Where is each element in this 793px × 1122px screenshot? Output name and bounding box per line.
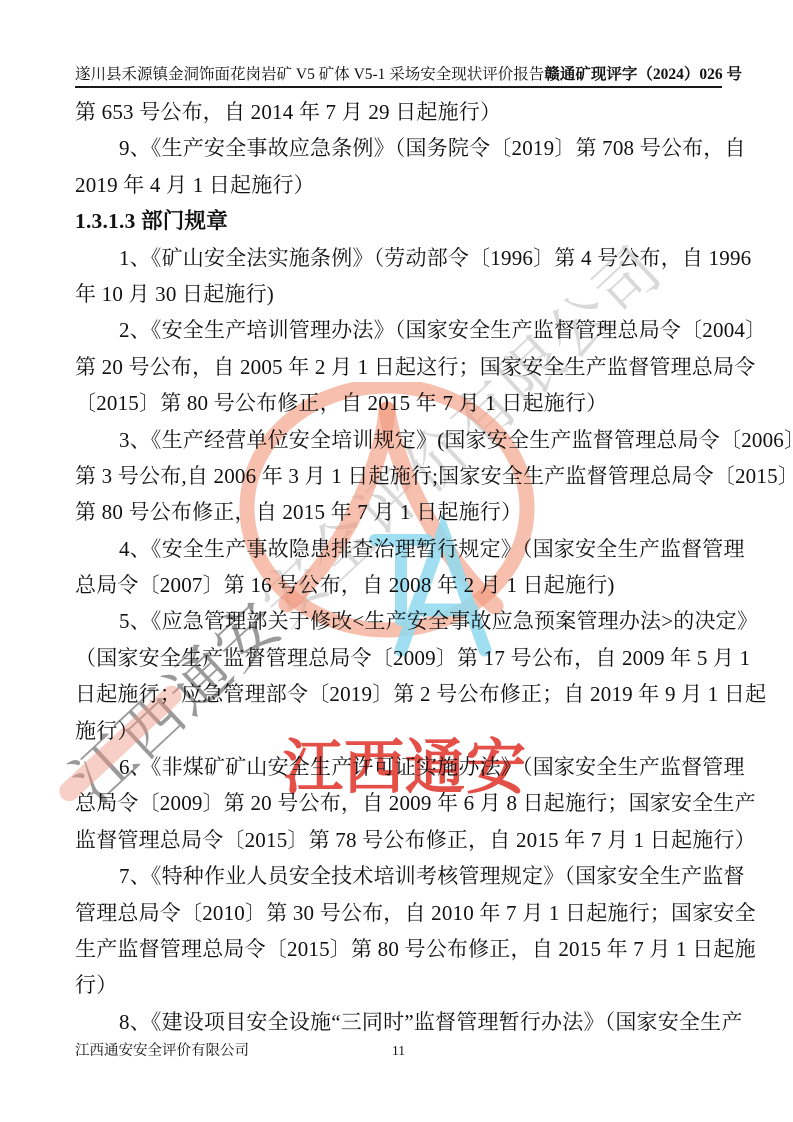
body-line: 生产监督管理总局令〔2015〕第 80 号公布修正，自 2015 年 7 月 1… xyxy=(75,931,725,967)
body-text-block: 第 653 号公布，自 2014 年 7 月 29 日起施行）9、《生产安全事故… xyxy=(75,94,725,1040)
body-line: 3、《生产经营单位安全培训规定》(国家安全生产监督管理总局令〔2006〕 xyxy=(75,422,725,458)
body-line: 第 653 号公布，自 2014 年 7 月 29 日起施行） xyxy=(75,94,725,130)
body-line: 8、《建设项目安全设施“三同时”监督管理暂行办法》（国家安全生产 xyxy=(75,1004,725,1040)
body-line: 监督管理总局令〔2015〕第 78 号公布修正，自 2015 年 7 月 1 日… xyxy=(75,822,725,858)
body-line: 4、《安全生产事故隐患排查治理暂行规定》（国家安全生产监督管理 xyxy=(75,531,725,567)
header-report-title: 遂川县禾源镇金洞饰面花岗岩矿 V5 矿体 V5-1 采场安全现状评价报告 xyxy=(75,63,544,86)
body-line: 第 3 号公布,自 2006 年 3 月 1 日起施行;国家安全生产监督管理总局… xyxy=(75,458,725,494)
body-line: 9、《生产安全事故应急条例》（国务院令〔2019〕第 708 号公布，自 xyxy=(75,130,725,166)
body-line: 第 80 号公布修正，自 2015 年 7 月 1 日起施行） xyxy=(75,494,725,530)
section-heading: 1.3.1.3 部门规章 xyxy=(75,203,725,239)
body-line: 日起施行；应急管理部令〔2019〕第 2 号公布修正；自 2019 年 9 月 … xyxy=(75,676,725,712)
body-line: 总局令〔2009〕第 20 号公布，自 2009 年 6 月 8 日起施行；国家… xyxy=(75,785,725,821)
header-doc-number: 赣通矿现评字（2024）026 号 xyxy=(544,63,742,86)
body-line: 1、《矿山安全法实施条例》（劳动部令〔1996〕第 4 号公布，自 1996 xyxy=(75,240,725,276)
content-layer: 遂川县禾源镇金洞饰面花岗岩矿 V5 矿体 V5-1 采场安全现状评价报告 赣通矿… xyxy=(0,0,793,1122)
body-line: 总局令〔2007〕第 16 号公布，自 2008 年 2 月 1 日起施行) xyxy=(75,567,725,603)
body-line: 〔2015〕第 80 号公布修正，自 2015 年 7 月 1 日起施行） xyxy=(75,385,725,421)
body-line: 5、《应急管理部关于修改<生产安全事故应急预案管理办法>的决定》 xyxy=(75,603,725,639)
page-header: 遂川县禾源镇金洞饰面花岗岩矿 V5 矿体 V5-1 采场安全现状评价报告 赣通矿… xyxy=(75,57,722,88)
page-footer: 江西通安安全评价有限公司 11 xyxy=(75,1041,722,1061)
body-line: 6、《非煤矿矿山安全生产许可证实施办法》（国家安全生产监督管理 xyxy=(75,749,725,785)
body-line: 行） xyxy=(75,967,725,1003)
body-line: 管理总局令〔2010〕第 30 号公布，自 2010 年 7 月 1 日起施行；… xyxy=(75,895,725,931)
body-line: 2、《安全生产培训管理办法》（国家安全生产监督管理总局令〔2004〕 xyxy=(75,312,725,348)
body-line: 第 20 号公布，自 2005 年 2 月 1 日起这行；国家安全生产监督管理总… xyxy=(75,349,725,385)
body-line: 年 10 月 30 日起施行) xyxy=(75,276,725,312)
document-page: 江西通安安全评价有限公司 江西通安 江西通安 遂川县禾源镇金洞饰面花岗岩矿 V5… xyxy=(0,0,793,1122)
footer-page-number: 11 xyxy=(75,1041,722,1061)
body-line: 2019 年 4 月 1 日起施行） xyxy=(75,167,725,203)
body-line: （国家安全生产监督管理总局令〔2009〕第 17 号公布，自 2009 年 5 … xyxy=(75,640,725,676)
body-line: 施行） xyxy=(75,713,725,749)
body-line: 7、《特种作业人员安全技术培训考核管理规定》（国家安全生产监督 xyxy=(75,858,725,894)
